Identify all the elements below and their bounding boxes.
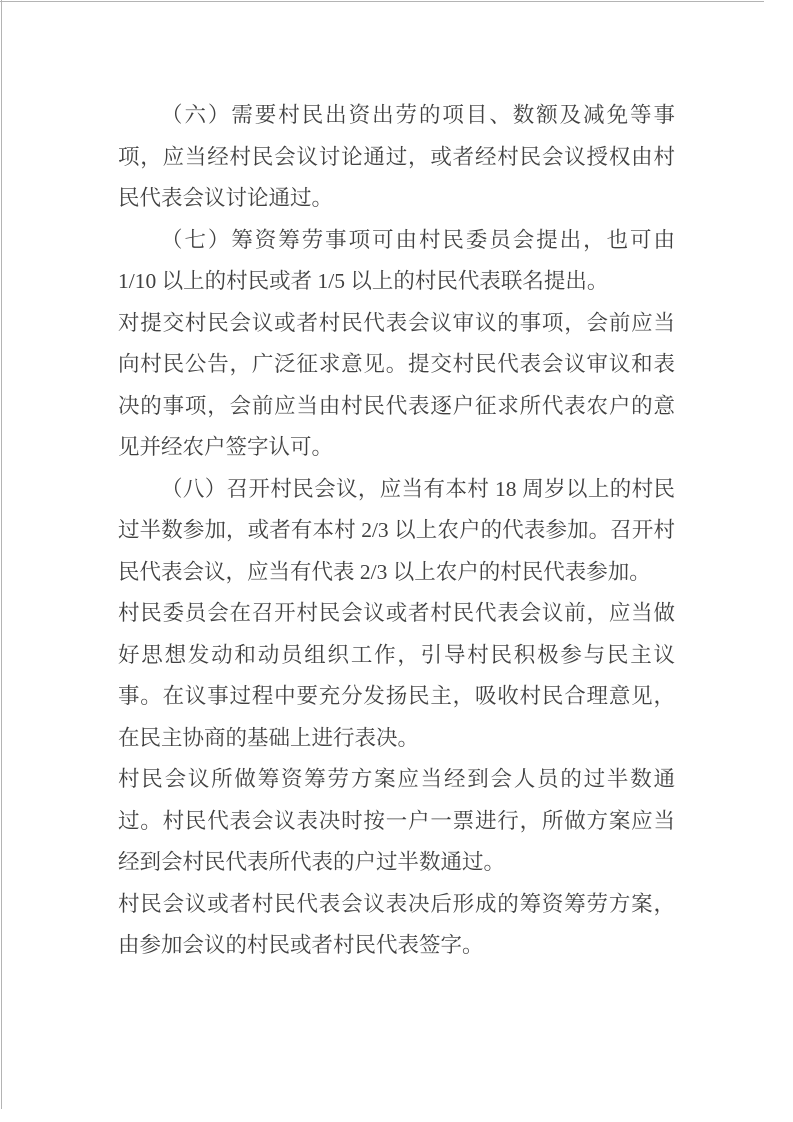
document-body: （六）需要村民出资出劳的项目、数额及减免等事项，应当经村民会议讨论通过，或者经村… bbox=[118, 95, 675, 967]
document-paragraph: （七）筹资筹劳事项可由村民委员会提出，也可由 1/10 以上的村民或者 1/5 … bbox=[118, 220, 675, 303]
page-border-left bbox=[1, 0, 2, 1109]
document-page: （六）需要村民出资出劳的项目、数额及减免等事项，应当经村民会议讨论通过，或者经村… bbox=[0, 0, 793, 1122]
document-paragraph: 村民委员会在召开村民会议或者村民代表会议前，应当做好思想发动和动员组织工作，引导… bbox=[118, 593, 675, 759]
document-paragraph: 村民会议所做筹资筹劳方案应当经到会人员的过半数通过。村民代表会议表决时按一户一票… bbox=[118, 759, 675, 884]
document-paragraph: （八）召开村民会议，应当有本村 18 周岁以上的村民过半数参加，或者有本村 2/… bbox=[118, 469, 675, 594]
document-paragraph: 村民会议或者村民代表会议表决后形成的筹资筹劳方案，由参加会议的村民或者村民代表签… bbox=[118, 884, 675, 967]
document-paragraph: 对提交村民会议或者村民代表会议审议的事项，会前应当向村民公告，广泛征求意见。提交… bbox=[118, 303, 675, 469]
page-border-top bbox=[0, 1, 764, 2]
document-paragraph: （六）需要村民出资出劳的项目、数额及减免等事项，应当经村民会议讨论通过，或者经村… bbox=[118, 95, 675, 220]
